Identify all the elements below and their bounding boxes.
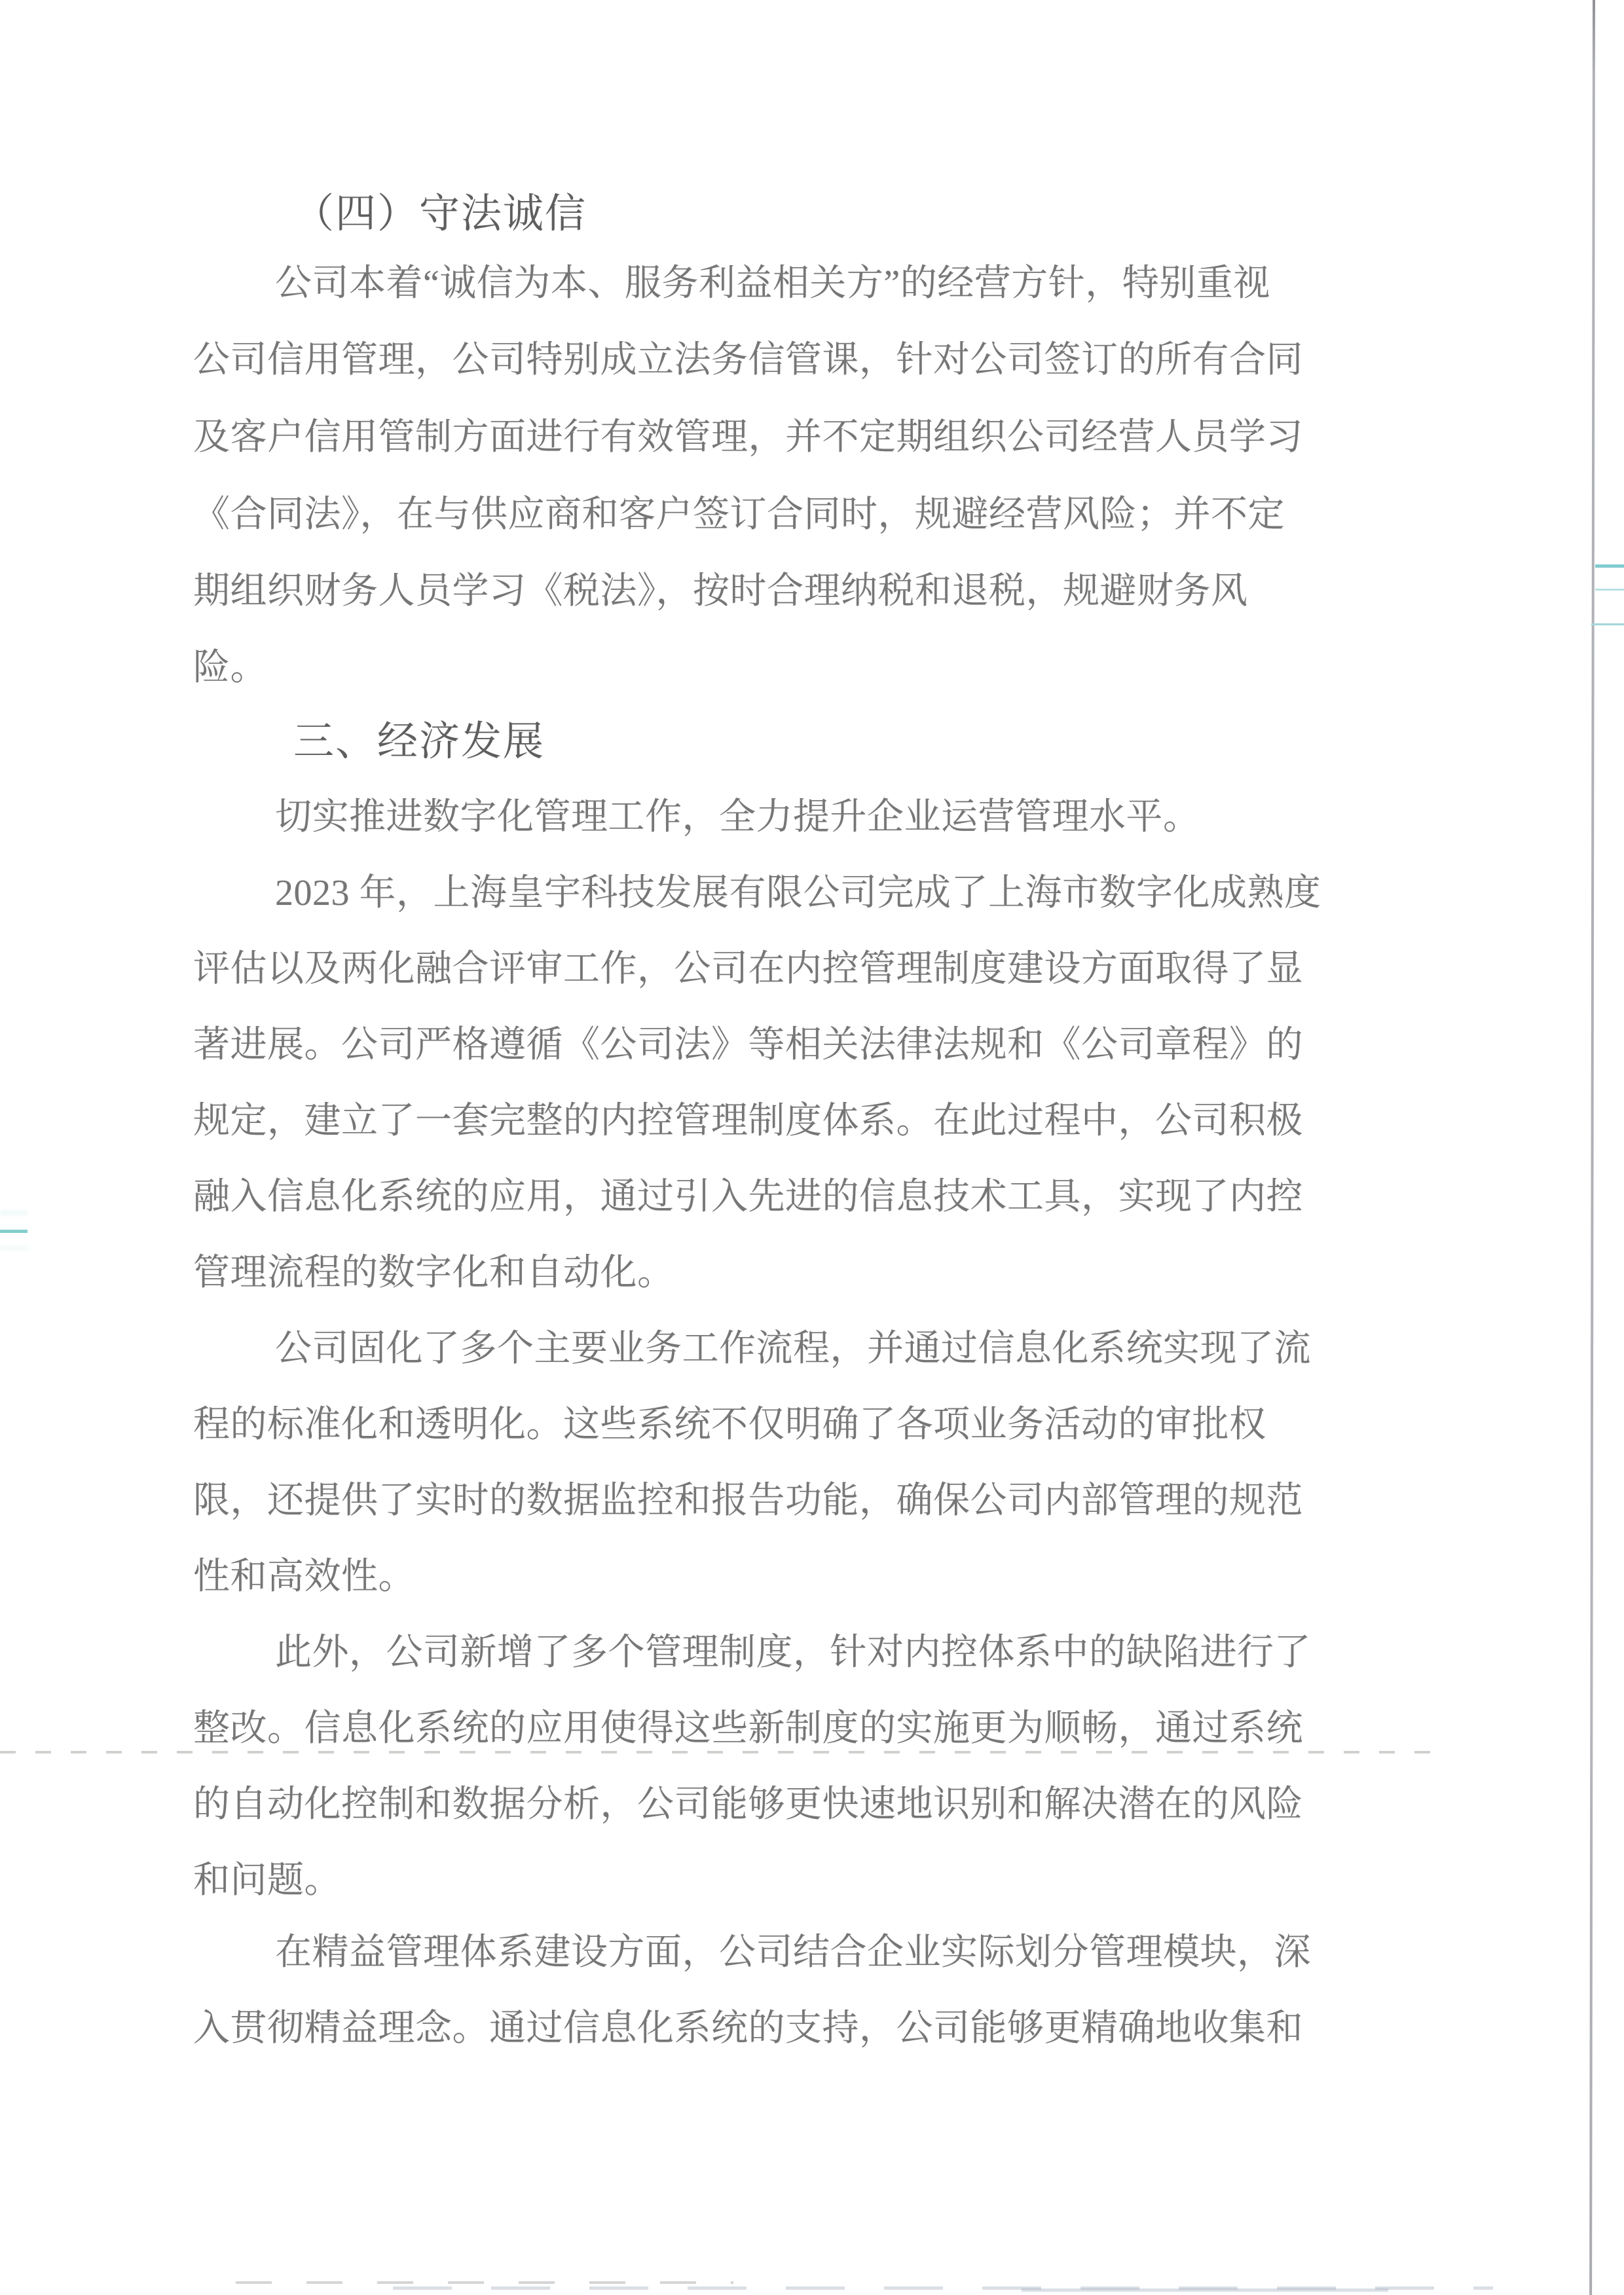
text-line: 公司固化了多个主要业务工作流程，并通过信息化系统实现了流 [275, 1329, 1311, 1370]
scan-left-teal-dash [0, 1230, 28, 1233]
scan-bottom-smudge-2 [393, 2286, 1493, 2290]
scan-bottom-smudge-3 [1022, 2288, 1388, 2292]
scan-cyan-mark-3 [1591, 623, 1624, 625]
text-line: 在精益管理体系建设方面，公司结合企业实际划分管理模块，深 [275, 1933, 1311, 1974]
text-line: 整改。信息化系统的应用使得这些新制度的实施更为顺畅，通过系统 [193, 1709, 1303, 1750]
text-line: 管理流程的数字化和自动化。 [193, 1253, 674, 1294]
scan-bottom-smudge-1 [236, 2281, 733, 2284]
text-line: 评估以及两化融合评审工作，公司在内控管理制度建设方面取得了显 [193, 949, 1303, 990]
section-heading: （四）守法诚信 [293, 192, 587, 236]
text-line: 期组织财务人员学习《税法》，按时合理纳税和退税，规避财务风 [193, 572, 1248, 612]
text-line: 切实推进数字化管理工作，全力提升企业运营管理水平。 [275, 798, 1200, 838]
section-heading: 三、经济发展 [293, 720, 545, 764]
text-line: 2023 年，上海皇宇科技发展有限公司完成了上海市数字化成熟度 [275, 873, 1321, 914]
scan-right-edge-line [1589, 0, 1595, 2295]
text-line: 公司本着“诚信为本、服务利益相关方”的经营方针，特别重视 [275, 264, 1270, 304]
text-line: 性和高效性。 [193, 1557, 415, 1598]
text-line: 入贯彻精益理念。通过信息化系统的支持，公司能够更精确地收集和 [193, 2009, 1303, 2049]
scan-cyan-mark-1 [1595, 564, 1624, 568]
text-line: 著进展。公司严格遵循《公司法》等相关法律法规和《公司章程》的 [193, 1025, 1303, 1066]
text-line: 规定，建立了一套完整的内控管理制度体系。在此过程中，公司积极 [193, 1101, 1303, 1142]
text-line: 险。 [193, 648, 267, 689]
scan-dotted-line [0, 1751, 1441, 1753]
text-line: 此外，公司新增了多个管理制度，针对内控体系中的缺陷进行了 [275, 1633, 1311, 1674]
scan-cyan-mark-2 [1595, 589, 1624, 591]
text-line: 及客户信用管制方面进行有效管理，并不定期组织公司经营人员学习 [193, 418, 1303, 458]
text-line: 的自动化控制和数据分析，公司能够更快速地识别和解决潜在的风险 [193, 1785, 1303, 1826]
text-line: 和问题。 [193, 1861, 341, 1901]
text-line: 程的标准化和透明化。这些系统不仅明确了各项业务活动的审批权 [193, 1405, 1266, 1446]
text-line: 《合同法》，在与供应商和客户签订合同时，规避经营风险；并不定 [193, 495, 1285, 536]
text-line: 限，还提供了实时的数据监控和报告功能，确保公司内部管理的规范 [193, 1481, 1303, 1522]
text-line: 公司信用管理，公司特别成立法务信管课，针对公司签订的所有合同 [193, 340, 1303, 381]
scanned-page: （四）守法诚信 公司本着“诚信为本、服务利益相关方”的经营方针，特别重视 公司信… [0, 0, 1624, 2295]
text-line: 融入信息化系统的应用，通过引入先进的信息技术工具，实现了内控 [193, 1177, 1303, 1218]
